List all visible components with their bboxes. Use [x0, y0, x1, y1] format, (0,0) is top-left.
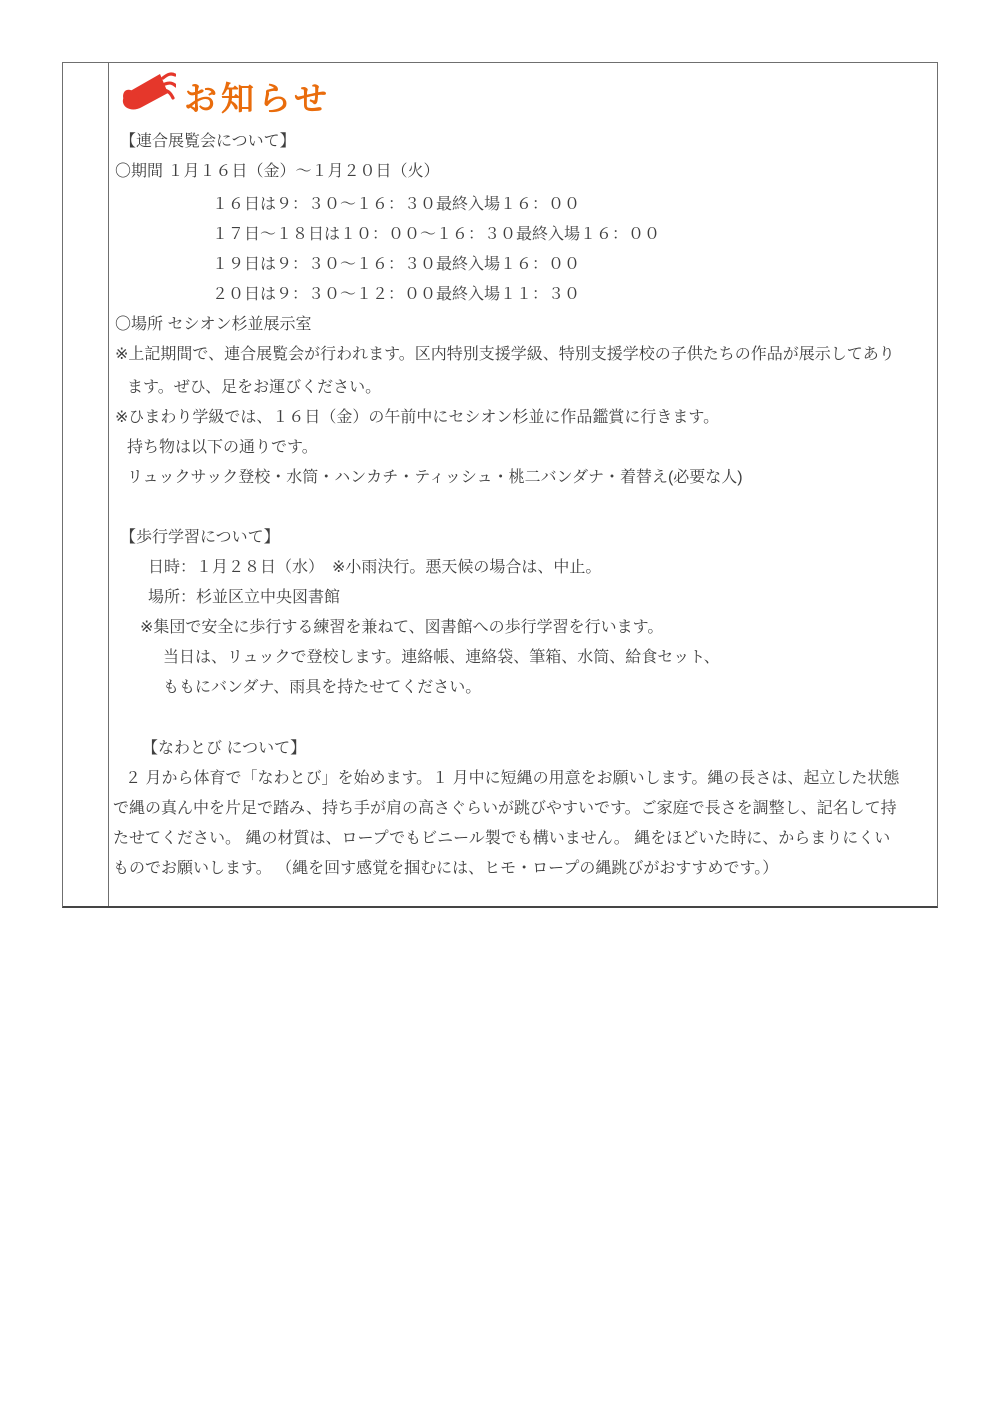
walking-datetime: 日時：１月２８日（水） ※小雨決行。悪天候の場合は、中止。 — [109, 553, 937, 583]
exhibition-note-line2: ます。ぜひ、足をお運びください。 — [109, 373, 937, 403]
notice-content: お知らせ 【連合展覧会について】 〇期間 １月１６日（金）～１月２０日（火） １… — [109, 63, 937, 906]
nawatobi-paragraph-line4: ものでお願いします。 （縄を回す感覚を掴むには、ヒモ・ロープの縄跳びがおすすめで… — [109, 854, 937, 884]
notice-table: お知らせ 【連合展覧会について】 〇期間 １月１６日（金）～１月２０日（火） １… — [62, 62, 938, 908]
exhibition-schedule-day17-18: １７日～１８日は１０：００～１６：３０最終入場１６：００ — [109, 220, 937, 250]
nawatobi-paragraph-line2: で縄の真ん中を片足で踏み、持ち手が肩の高さぐらいが跳びやすいです。ご家庭で長さを… — [109, 794, 937, 824]
belongings-list: リュックサック登校・水筒・ハンカチ・ティッシュ・桃二バンダナ・着替え(必要な人) — [109, 463, 937, 493]
nawatobi-paragraph-line3: たせてください。 縄の材質は、ロープでもビニール製でも構いません。 縄をほどいた… — [109, 824, 937, 854]
nawatobi-heading: 【なわとび について】 — [109, 734, 937, 764]
exhibition-visit-note: ※ひまわり学級では、１６日（金）の午前中にセシオン杉並に作品鑑賞に行きます。 — [109, 403, 937, 433]
exhibition-heading: 【連合展覧会について】 — [109, 127, 937, 157]
exhibition-schedule-day16: １６日は９：３０～１６：３０最終入場１６：００ — [109, 190, 937, 220]
walking-items-line1: 当日は、リュックで登校します。連絡帳、連絡袋、筆箱、水筒、給食セット、 — [109, 643, 937, 673]
notice-page: お知らせ 【連合展覧会について】 〇期間 １月１６日（金）～１月２０日（火） １… — [0, 0, 1000, 1415]
exhibition-schedule-day20: ２０日は９：３０～１２：００最終入場１１：３０ — [109, 280, 937, 310]
exhibition-note-line1: ※上記期間で、連合展覧会が行われます。区内特別支援学級、特別支援学校の子供たちの… — [109, 340, 937, 370]
notice-title: お知らせ — [184, 80, 331, 115]
nawatobi-paragraph-line1: ２ 月から体育で「なわとび」を始めます。１ 月中に短縄の用意をお願いします。縄の… — [109, 764, 937, 794]
megaphone-icon — [118, 70, 176, 125]
belongings-intro: 持ち物は以下の通りです。 — [109, 433, 937, 463]
walking-heading: 【歩行学習について】 — [109, 523, 937, 553]
walking-place: 場所：杉並区立中央図書館 — [109, 583, 937, 613]
notice-header: お知らせ — [109, 73, 937, 121]
exhibition-period: 〇期間 １月１６日（金）～１月２０日（火） — [109, 157, 937, 187]
exhibition-schedule-day19: １９日は９：３０～１６：３０最終入場１６：００ — [109, 250, 937, 280]
walking-purpose: ※集団で安全に歩行する練習を兼ねて、図書館への歩行学習を行います。 — [109, 613, 937, 643]
exhibition-place: 〇場所 セシオン杉並展示室 — [109, 310, 937, 340]
walking-items-line2: ももにバンダナ、雨具を持たせてください。 — [109, 673, 937, 703]
margin-column — [63, 63, 109, 906]
